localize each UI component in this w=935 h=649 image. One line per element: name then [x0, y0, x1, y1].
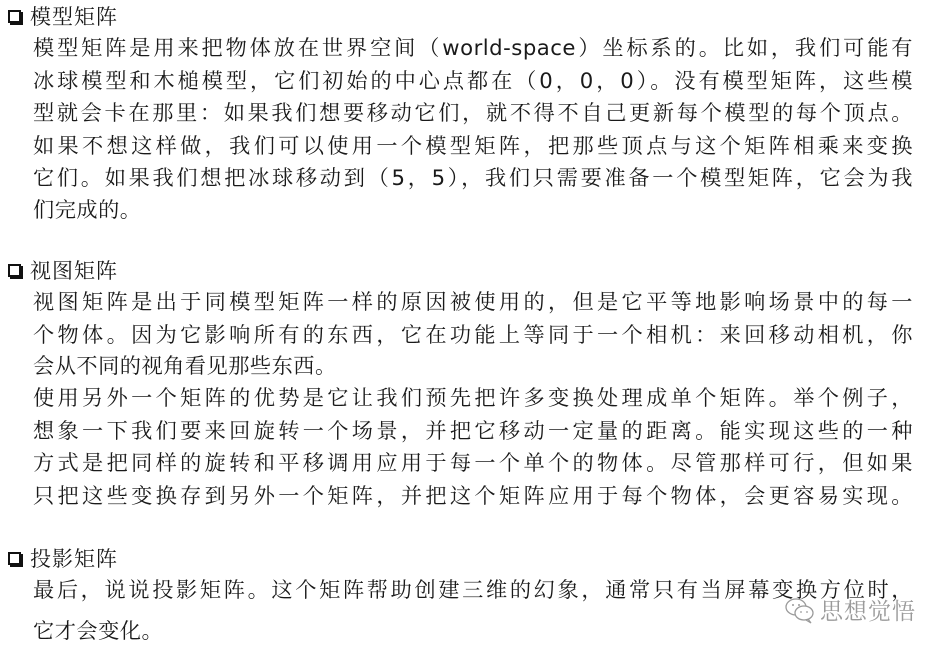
paragraph-line: 个物体。因为它影响所有的东西，它在功能上等同于一个相机：来回移动相机，你: [33, 319, 913, 351]
paragraph-line: 它们。如果我们想把冰球移动到（5，5），我们只需要准备一个模型矩阵，它会为我: [33, 162, 913, 194]
checkbox-bullet-icon: [8, 264, 21, 277]
paragraph-line: 只把这些变换存到另外一个矩阵，并把这个矩阵应用于每个物体，会更容易实现。: [33, 480, 913, 512]
paragraph-line: 们完成的。: [33, 194, 913, 226]
paragraph-line: 方式是把同样的旋转和平移调用应用于每一个单个的物体。尽管那样可行，但如果: [33, 447, 913, 479]
book-page: 模型矩阵 模型矩阵是用来把物体放在世界空间（world-space）坐标系的。比…: [0, 0, 935, 649]
paragraph-line: 使用另外一个矩阵的优势是它让我们预先把许多变换处理成单个矩阵。举个例子，: [33, 382, 913, 414]
paragraph-line: 最后，说说投影矩阵。这个矩阵帮助创建三维的幻象，通常只有当屏幕变换方位时，: [33, 574, 913, 606]
paragraph-line: 想象一下我们要来回旋转一个场景，并把它移动一定量的距离。能实现这些的一种: [33, 415, 913, 447]
section-heading-projection-matrix: 投影矩阵: [8, 542, 118, 574]
paragraph-line: 型就会卡在那里：如果我们想要移动它们，就不得不自己更新每个模型的每个顶点。: [33, 97, 913, 129]
watermark: 思想觉悟: [784, 593, 916, 626]
paragraph-line: 冰球模型和木槌模型，它们初始的中心点都在（0，0，0）。没有模型矩阵，这些模: [33, 65, 913, 97]
heading-text: 视图矩阵: [30, 255, 118, 285]
paragraph-line: 视图矩阵是出于同模型矩阵一样的原因被使用的，但是它平等地影响场景中的每一: [33, 286, 913, 318]
section-heading-model-matrix: 模型矩阵: [8, 0, 118, 32]
paragraph-line: 它才会变化。: [33, 615, 913, 647]
paragraph-line: 如果不想这样做，我们可以使用一个模型矩阵，把那些顶点与这个矩阵相乘来变换: [33, 130, 913, 162]
heading-text: 投影矩阵: [30, 543, 118, 573]
watermark-text: 思想觉悟: [820, 593, 916, 626]
checkbox-bullet-icon: [8, 552, 21, 565]
heading-text: 模型矩阵: [30, 1, 118, 31]
paragraph-line: 会从不同的视角看见那些东西。: [33, 350, 913, 382]
section-heading-view-matrix: 视图矩阵: [8, 254, 118, 286]
checkbox-bullet-icon: [8, 10, 21, 23]
paragraph-line: 模型矩阵是用来把物体放在世界空间（world-space）坐标系的。比如，我们可…: [33, 32, 913, 64]
wechat-icon: [784, 596, 816, 624]
